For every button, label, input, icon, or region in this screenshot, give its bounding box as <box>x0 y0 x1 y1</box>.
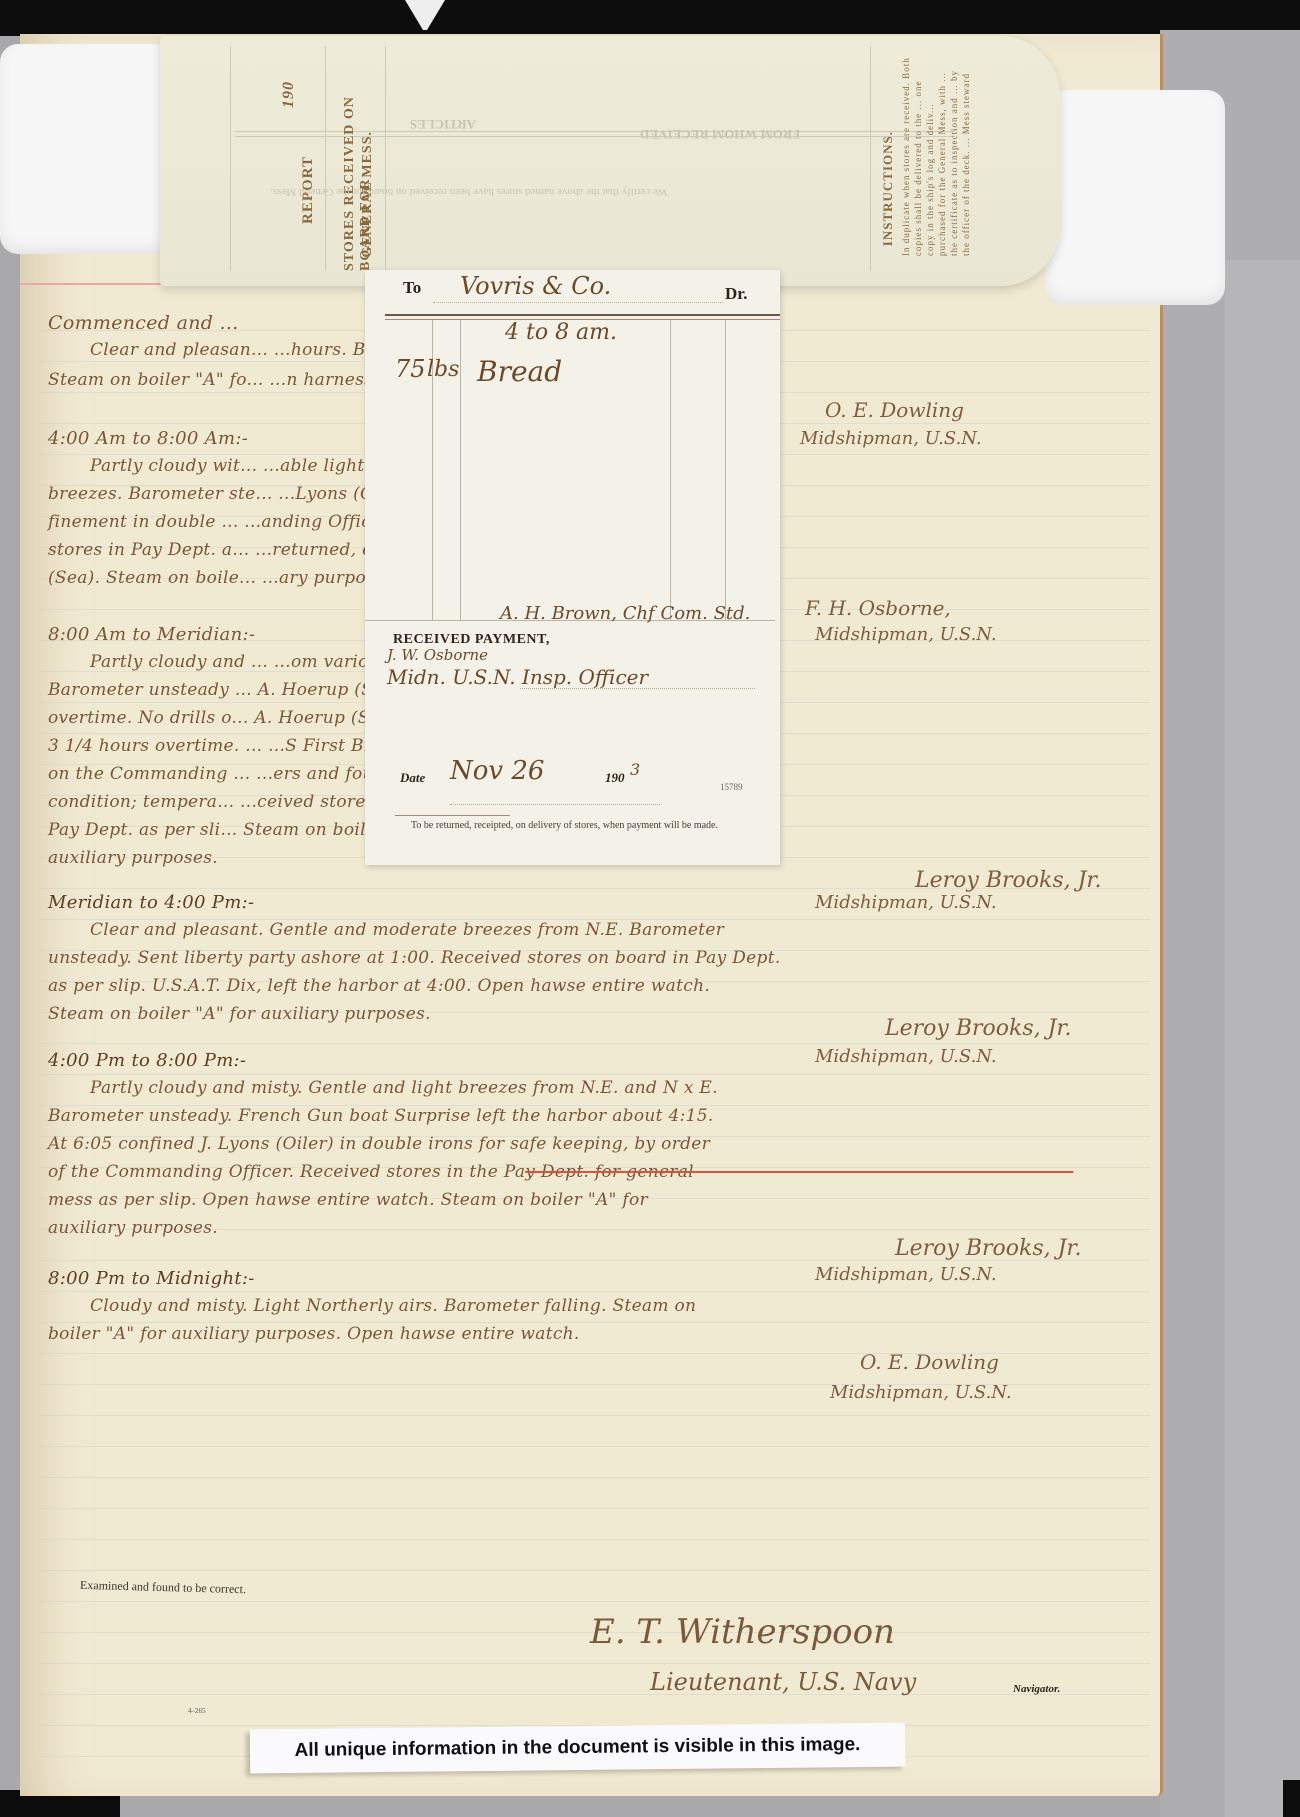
year-handwritten: 3 <box>630 760 640 779</box>
log-line: Partly cloudy and misty. Gentle and ligh… <box>90 1078 718 1098</box>
log-line: Steam on boiler "A" for auxiliary purpos… <box>48 1004 431 1024</box>
log-signature: O. E. Dowling <box>860 1350 999 1374</box>
stores-receipt-slip: To Vovris & Co. Dr. 4 to 8 am. 75 lbs Br… <box>365 270 780 865</box>
log-line: auxiliary purposes. <box>48 848 218 868</box>
receipt-dr-label: Dr. <box>725 284 748 304</box>
column-divider <box>725 320 726 620</box>
log-line: as per slip. U.S.A.T. Dix, left the harb… <box>48 976 710 996</box>
log-signature: F. H. Osborne, <box>805 596 951 620</box>
log-signature-title: Midshipman, U.S.N. <box>815 892 997 913</box>
log-signature: O. E. Dowling <box>825 398 964 422</box>
log-line: unsteady. Sent liberty party ashore at 1… <box>48 948 781 968</box>
certifying-signature: A. H. Brown, Chf Com. Std. <box>500 603 750 624</box>
receipt-note: To be returned, receipted, on delivery o… <box>395 798 740 832</box>
log-heading: 4:00 Am to 8:00 Am:- <box>48 428 248 449</box>
log-line: At 6:05 confined J. Lyons (Oiler) in dou… <box>48 1134 710 1154</box>
log-line: Clear and pleasant. Gentle and moderate … <box>90 920 724 940</box>
inspector-title: Midn. U.S.N. Insp. Officer <box>387 665 648 689</box>
log-signature: Leroy Brooks, Jr. <box>885 1016 1072 1041</box>
log-heading: 8:00 Am to Meridian:- <box>48 624 255 645</box>
log-signature-title: Midshipman, U.S.N. <box>800 428 982 449</box>
visibility-notice-banner: All unique information in the document i… <box>250 1723 905 1774</box>
date-label: Date <box>400 770 425 786</box>
log-line: auxiliary purposes. <box>48 1218 218 1238</box>
to-dotted-line <box>433 302 723 303</box>
log-line: Commenced and ... <box>48 312 239 334</box>
item-unit: lbs <box>427 357 459 382</box>
struck-text-overlay: Received stores in the Pay Dept. for gen… <box>525 1162 1125 1182</box>
navigator-label: Navigator. <box>1013 1683 1060 1695</box>
page-form-number: 4–265 <box>188 1707 206 1715</box>
receipt-watch-note: 4 to 8 am. <box>505 320 617 345</box>
inspector-signature: J. W. Osborne <box>387 646 488 664</box>
log-heading: 4:00 Pm to 8:00 Pm:- <box>48 1050 246 1071</box>
log-line: boiler "A" for auxiliary purposes. Open … <box>48 1324 580 1344</box>
receipt-to-label: To <box>403 278 421 298</box>
log-heading: 8:00 Pm to Midnight:- <box>48 1268 255 1289</box>
receipt-date: Nov 26 <box>450 756 544 786</box>
log-signature-title: Midshipman, U.S.N. <box>830 1382 1012 1403</box>
log-signature-title: Midshipman, U.S.N. <box>815 1264 997 1285</box>
item-quantity: 75 <box>395 355 426 383</box>
log-line: (Sea). Steam on boile... ...ary purposes… <box>48 568 400 588</box>
receipt-item-row: 75 lbs Bread <box>395 355 655 395</box>
item-article: Bread <box>477 355 562 388</box>
signature-dotted-line <box>520 688 755 689</box>
log-line: Steam on boiler "A" fo... ...n harness. <box>48 370 379 390</box>
log-line: Barometer unsteady. French Gun boat Surp… <box>48 1106 714 1126</box>
column-divider <box>670 320 671 620</box>
log-signature-title: Midshipman, U.S.N. <box>815 1046 997 1067</box>
year-printed: 190 <box>605 770 625 786</box>
log-signature-title: Midshipman, U.S.N. <box>815 624 997 645</box>
log-signature: Leroy Brooks, Jr. <box>915 868 1102 893</box>
receipt-serial-number: 15789 <box>720 782 743 792</box>
navigator-rank: Lieutenant, U.S. Navy <box>650 1668 916 1696</box>
log-line: Cloudy and misty. Light Northerly airs. … <box>90 1296 696 1316</box>
navigator-signature: E. T. Witherspoon <box>590 1612 895 1652</box>
log-heading: Meridian to 4:00 Pm:- <box>48 892 254 913</box>
receipt-vendor: Vovris & Co. <box>460 272 611 300</box>
log-signature: Leroy Brooks, Jr. <box>895 1236 1082 1261</box>
log-line: mess as per slip. Open hawse entire watc… <box>48 1190 648 1210</box>
visibility-notice-text: All unique information in the document i… <box>294 1734 860 1762</box>
